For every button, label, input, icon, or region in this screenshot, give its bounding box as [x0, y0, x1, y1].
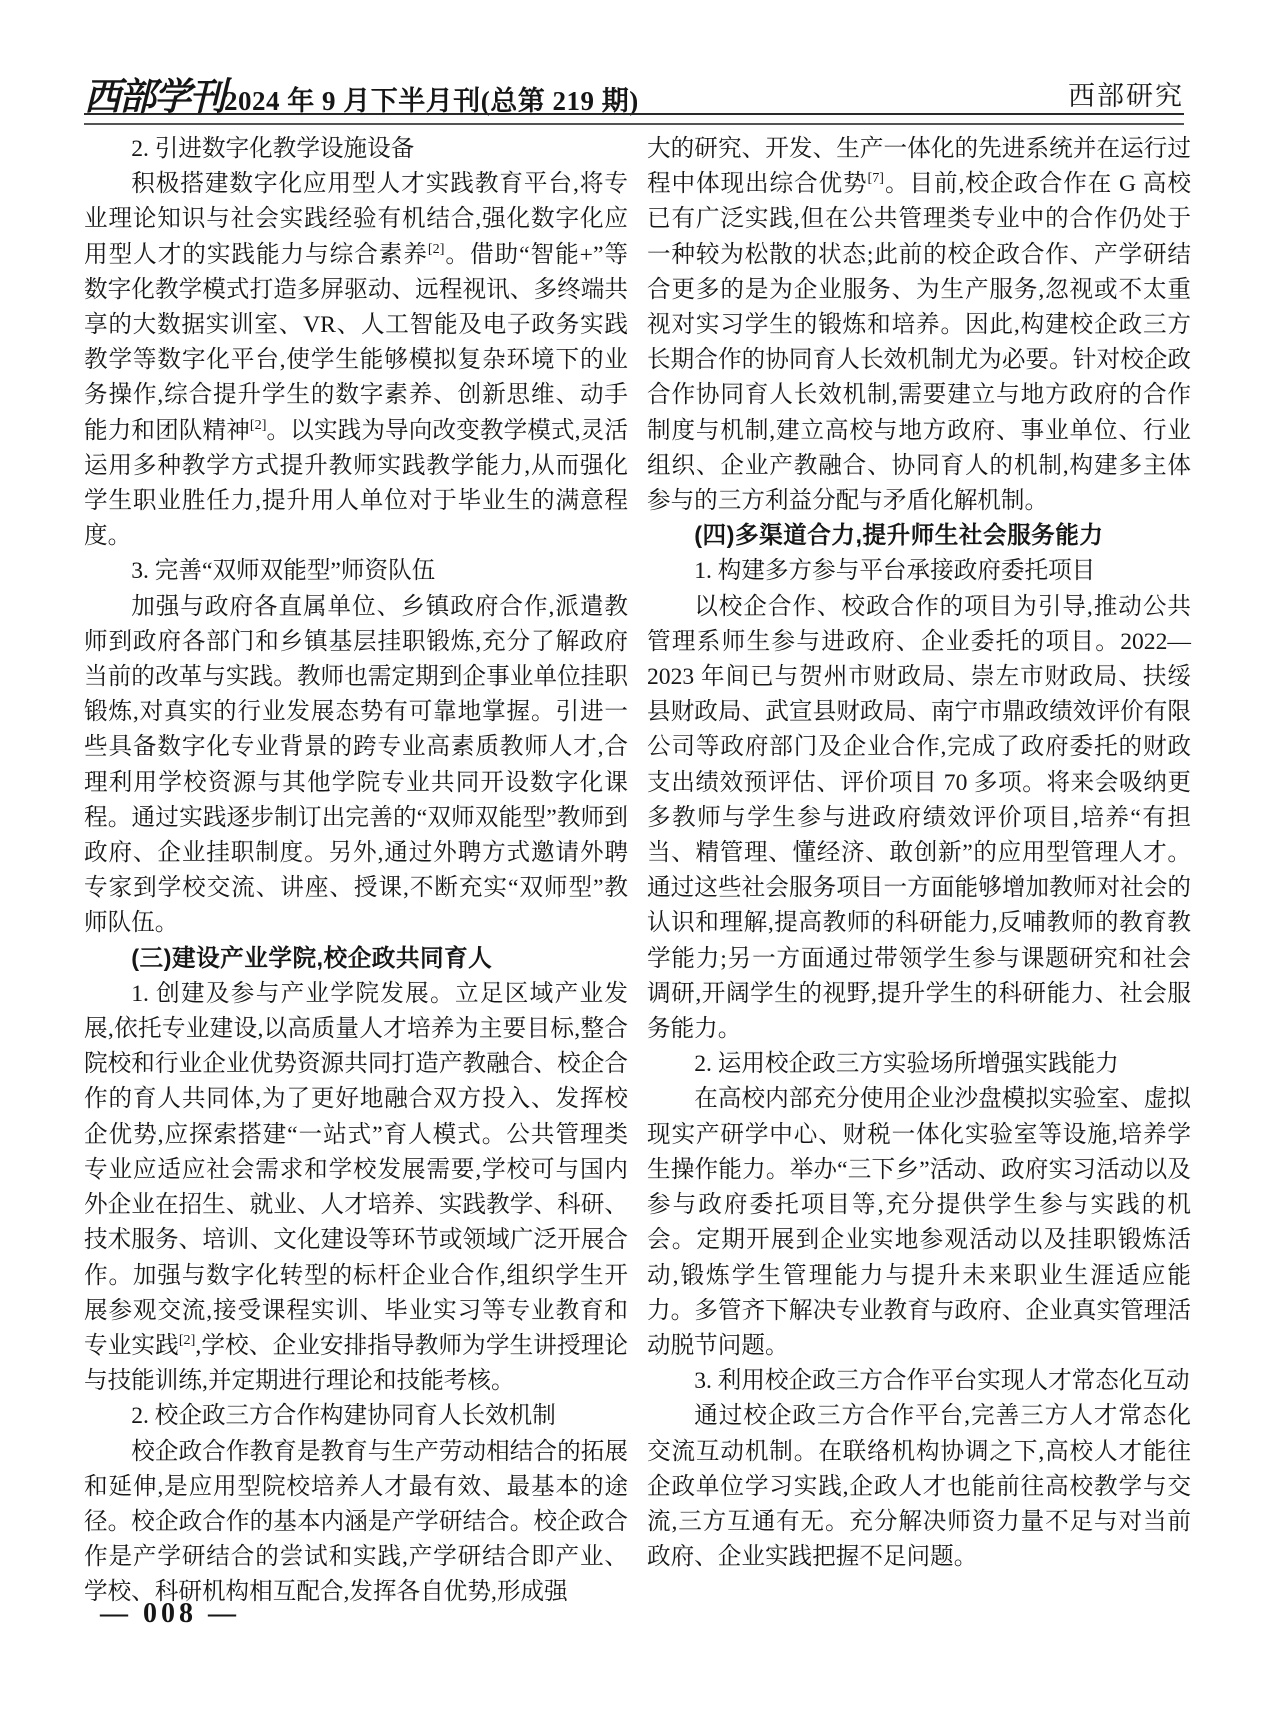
journal-page: 西部学刊2024 年 9 月下半月刊(总第 219 期) 西部研究 2. 引进数…: [0, 0, 1268, 1721]
paragraph: 1. 构建多方参与平台承接政府委托项目: [647, 554, 1191, 589]
paragraph: 3. 利用校企政三方合作平台实现人才常态化互动: [647, 1364, 1191, 1399]
paragraph: (四)多渠道合力,提升师生社会服务能力: [647, 519, 1191, 554]
section-label: 西部研究: [1068, 66, 1184, 113]
paragraph: 2. 校企政三方合作构建协同育人长效机制: [84, 1399, 628, 1434]
paragraph: 校企政合作教育是教育与生产劳动相结合的拓展和延伸,是应用型院校培养人才最有效、最…: [84, 1435, 628, 1611]
paragraph: 2. 运用校企政三方实验场所增强实践能力: [647, 1047, 1191, 1082]
column-left: 2. 引进数字化教学设施设备积极搭建数字化应用型人才实践教育平台,将专业理论知识…: [84, 132, 628, 1611]
paragraph: 通过校企政三方合作平台,完善三方人才常态化交流互动机制。在联络机构协调之下,高校…: [647, 1399, 1191, 1575]
page-number: — 008 —: [100, 1598, 240, 1630]
paragraph: 加强与政府各直属单位、乡镇政府合作,派遣教师到政府各部门和乡镇基层挂职锻炼,充分…: [84, 590, 628, 942]
header-double-rule: [84, 113, 1184, 125]
column-right: 大的研究、开发、生产一体化的先进系统并在运行过程中体现出综合优势[7]。目前,校…: [647, 132, 1191, 1575]
paragraph: 3. 完善“双师双能型”师资队伍: [84, 554, 628, 589]
paragraph: 在高校内部充分使用企业沙盘模拟实验室、虚拟现实产研学中心、财税一体化实验室等设施…: [647, 1082, 1191, 1364]
paragraph: (三)建设产业学院,校企政共同育人: [84, 942, 628, 977]
paragraph: 2. 引进数字化教学设施设备: [84, 132, 628, 167]
paragraph: 以校企合作、校政合作的项目为引导,推动公共管理系师生参与进政府、企业委托的项目。…: [647, 590, 1191, 1048]
paragraph: 1. 创建及参与产业学院发展。立足区域产业发展,依托专业建设,以高质量人才培养为…: [84, 977, 628, 1399]
page-header: 西部学刊2024 年 9 月下半月刊(总第 219 期) 西部研究: [84, 66, 1184, 110]
paragraph: 大的研究、开发、生产一体化的先进系统并在运行过程中体现出综合优势[7]。目前,校…: [647, 132, 1191, 519]
paragraph: 积极搭建数字化应用型人才实践教育平台,将专业理论知识与社会实践经验有机结合,强化…: [84, 167, 628, 554]
